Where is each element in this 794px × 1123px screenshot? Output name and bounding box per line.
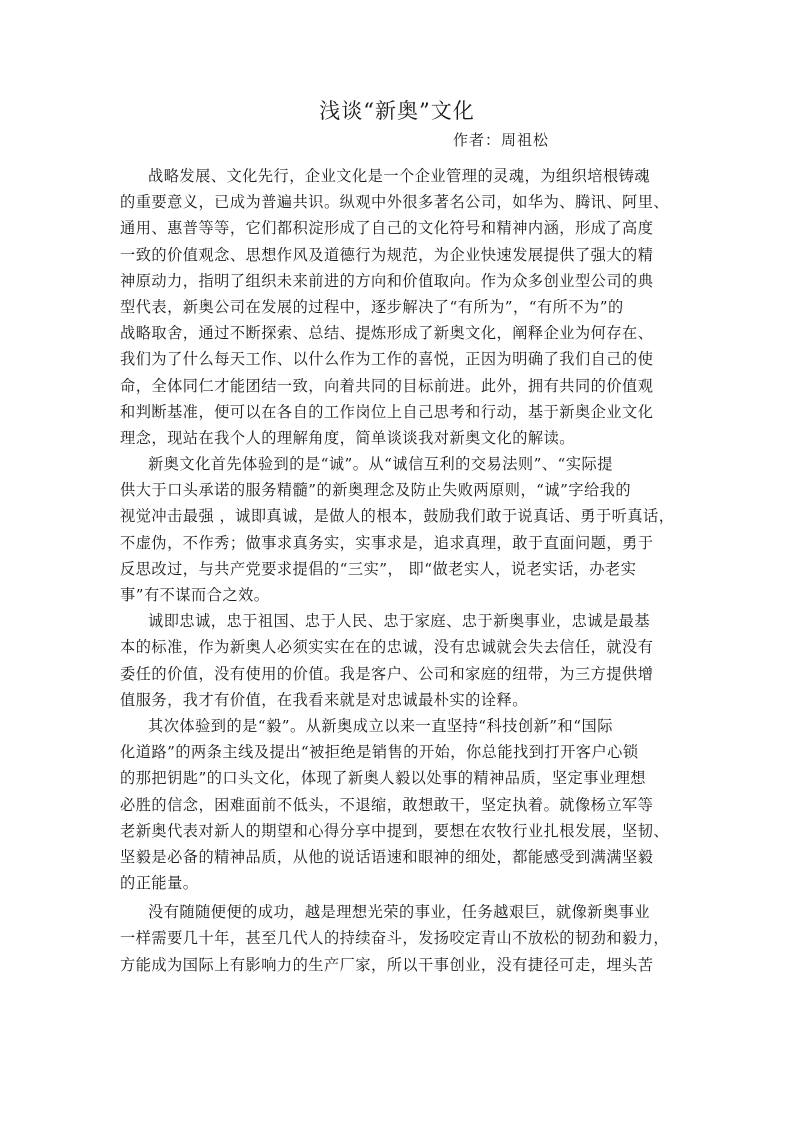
text-line: 新奥文化首先体验到的是“诚”。从“诚信互利的交易法则”、“实际提 [120,451,700,477]
text-line: 一样需要几十年，甚至几代人的持续奋斗，发扬咬定青山不放松的韧劲和毅力， [120,925,700,951]
text-line: 理念，现站在我个人的理解角度，简单谈谈我对新奥文化的解读。 [120,425,700,451]
document-body: 战略发展、文化先行，企业文化是一个企业管理的灵魂，为组织培根铸魂 的重要意义，已… [120,163,700,978]
text-line: 命，全体同仁才能团结一致，向着共同的目标前进。此外，拥有共同的价值观 [120,373,700,399]
text-line: 视觉冲击最强 ，诚即真诚，是做人的根本，鼓励我们敢于说真话、勇于听真话， [120,503,700,529]
text-line: 其次体验到的是“毅”。从新奥成立以来一直坚持“科技创新”和“国际 [120,713,700,739]
text-line: 和判断基准，便可以在各自的工作岗位上自己思考和行动，基于新奥企业文化 [120,399,700,425]
text-line: 神原动力，指明了组织未来前进的方向和价值取向。作为众多创业型公司的典 [120,268,700,294]
text-line: 坚毅是必备的精神品质，从他的说话语速和眼神的细处，都能感受到满满坚毅 [120,844,700,870]
text-line: 化道路”的两条主线及提出“被拒绝是销售的开始，你总能找到打开客户心锁 [120,739,700,765]
text-line: 值服务，我才有价值，在我看来就是对忠诚最朴实的诠释。 [120,687,700,713]
text-line: 通用、惠普等等，它们都积淀形成了自己的文化符号和精神内涵，形成了高度 [120,215,700,241]
text-line: 反思改过，与共产党要求提倡的“三实”， 即“做老实人，说老实话，办老实 [120,556,700,582]
paragraph: 诚即忠诚，忠于祖国、忠于人民、忠于家庭、忠于新奥事业，忠诚是最基 本的标准，作为… [120,608,700,713]
text-line: 的那把钥匙”的口头文化，体现了新奥人毅以处事的精神品质，坚定事业理想 [120,765,700,791]
text-line: 不虚伪，不作秀；做事求真务实，实事求是，追求真理，敢于直面问题，勇于 [120,530,700,556]
text-line: 一致的价值观念、思想作风及道德行为规范，为企业快速发展提供了强大的精 [120,242,700,268]
text-line: 战略发展、文化先行，企业文化是一个企业管理的灵魂，为组织培根铸魂 [120,163,700,189]
text-line: 事”有不谋而合之效。 [120,582,700,608]
text-line: 诚即忠诚，忠于祖国、忠于人民、忠于家庭、忠于新奥事业，忠诚是最基 [120,608,700,634]
author-line: 作者：周祖松 [453,129,549,150]
text-line: 必胜的信念，困难面前不低头，不退缩，敢想敢干，坚定执着。就像杨立军等 [120,792,700,818]
text-line: 我们为了什么每天工作、以什么作为工作的喜悦，正因为明确了我们自己的使 [120,346,700,372]
paragraph: 其次体验到的是“毅”。从新奥成立以来一直坚持“科技创新”和“国际 化道路”的两条… [120,713,700,896]
text-line: 的正能量。 [120,870,700,896]
text-line: 的重要意义，已成为普遍共识。纵观中外很多著名公司，如华为、腾讯、阿里、 [120,189,700,215]
text-line: 供大于口头承诺的服务精髓”的新奥理念及防止失败两原则，“诚”字给我的 [120,477,700,503]
paragraph: 没有随随便便的成功，越是理想光荣的事业，任务越艰巨，就像新奥事业 一样需要几十年… [120,899,700,978]
text-line: 战略取舍，通过不断探索、总结、提炼形成了新奥文化，阐释企业为何存在、 [120,320,700,346]
paragraph: 新奥文化首先体验到的是“诚”。从“诚信互利的交易法则”、“实际提 供大于口头承诺… [120,451,700,608]
text-line: 委任的价值，没有使用的价值。我是客户、公司和家庭的纽带，为三方提供增 [120,661,700,687]
text-line: 本的标准，作为新奥人必须实实在在的忠诚，没有忠诚就会失去信任，就没有 [120,634,700,660]
text-line: 方能成为国际上有影响力的生产厂家，所以干事创业，没有捷径可走，埋头苦 [120,952,700,978]
text-line: 型代表，新奥公司在发展的过程中，逐步解决了“有所为”，“有所不为”的 [120,294,700,320]
text-line: 老新奥代表对新人的期望和心得分享中提到，要想在农牧行业扎根发展，坚韧、 [120,818,700,844]
paragraph: 战略发展、文化先行，企业文化是一个企业管理的灵魂，为组织培根铸魂 的重要意义，已… [120,163,700,451]
document-title: 浅谈“新奥”文化 [0,95,794,125]
text-line: 没有随随便便的成功，越是理想光荣的事业，任务越艰巨，就像新奥事业 [120,899,700,925]
